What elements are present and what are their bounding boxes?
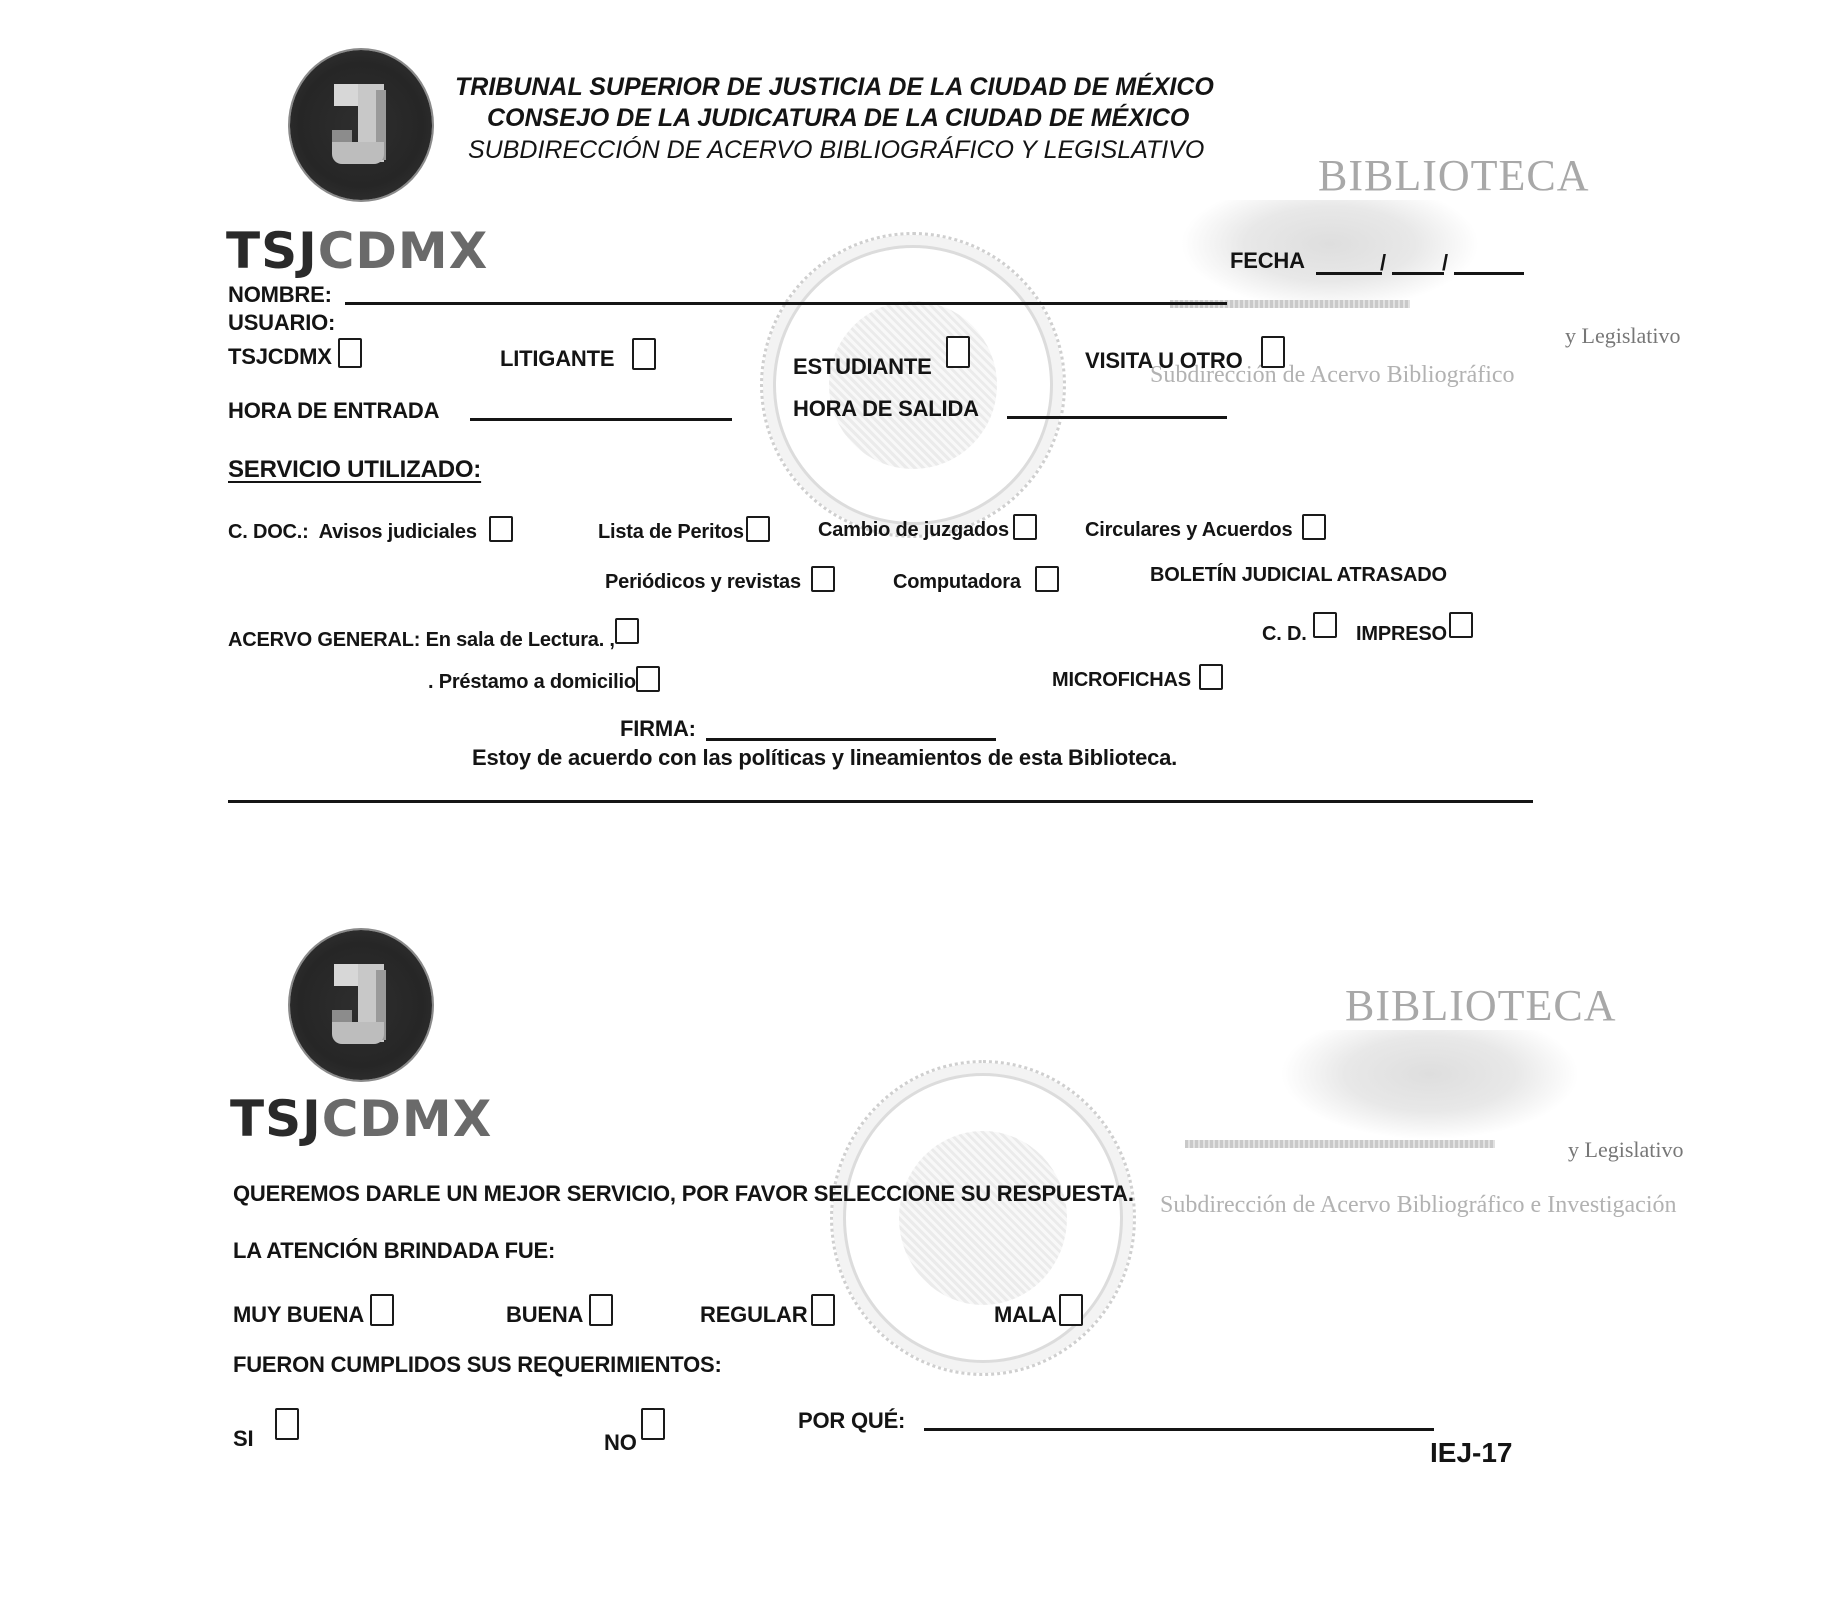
cdoc-option-label: Periódicos y revistas — [605, 571, 801, 593]
cdoc-option-computadora: Computadora — [893, 566, 1059, 594]
mala-checkbox[interactable] — [1059, 1294, 1083, 1326]
rating-regular: REGULAR — [700, 1294, 835, 1328]
nombre-label: NOMBRE: — [228, 282, 332, 308]
nombre-field[interactable] — [345, 302, 1227, 305]
rating-label: REGULAR — [700, 1302, 807, 1327]
acervo-option-label: En sala de Lectura. , — [426, 629, 615, 651]
no-label: NO — [604, 1430, 637, 1455]
impreso-checkbox[interactable] — [1449, 612, 1473, 638]
circulares-acuerdos-checkbox[interactable] — [1302, 514, 1326, 540]
cdoc-row: C. DOC.: Avisos judiciales — [228, 516, 513, 544]
microfichas-checkbox[interactable] — [1199, 664, 1223, 690]
hora-salida-label: HORA DE SALIDA — [793, 396, 979, 422]
rating-label: BUENA — [506, 1302, 583, 1327]
cdoc-option-label: Avisos judiciales — [319, 521, 477, 543]
cdoc-option-cambio-juzgados: Cambio de juzgados — [818, 514, 1037, 542]
brand-part-cdmx: CDMX — [322, 1090, 493, 1148]
fecha-separator: / — [1380, 250, 1386, 276]
cdoc-option-lista-peritos: Lista de Peritos — [598, 516, 770, 544]
survey-intro: QUEREMOS DARLE UN MEJOR SERVICIO, POR FA… — [233, 1181, 1134, 1207]
user-type-label: ESTUDIANTE — [793, 354, 932, 379]
boletin-option-label: C. D. — [1262, 623, 1307, 645]
court-seal-icon — [760, 232, 1066, 538]
microfichas-label: MICROFICHAS — [1052, 669, 1191, 691]
cdoc-label: C. DOC.: — [228, 521, 309, 543]
fecha-day-field[interactable] — [1316, 272, 1382, 275]
eagle-emblem-icon — [1180, 200, 1480, 310]
answer-si: SI — [233, 1408, 299, 1452]
periodicos-revistas-checkbox[interactable] — [811, 566, 835, 592]
buena-checkbox[interactable] — [589, 1294, 613, 1326]
fecha-label: FECHA — [1230, 248, 1305, 274]
usuario-label: USUARIO: — [228, 310, 335, 336]
header-line-3: SUBDIRECCIÓN DE ACERVO BIBLIOGRÁFICO Y L… — [468, 136, 1204, 165]
sala-lectura-checkbox[interactable] — [615, 618, 639, 644]
fecha-year-field[interactable] — [1454, 272, 1524, 275]
rating-muy-buena: MUY BUENA — [233, 1294, 394, 1328]
brand-part-tsj: TSJ — [230, 1090, 322, 1148]
eagle-emblem-icon — [1280, 1030, 1580, 1140]
lista-peritos-checkbox[interactable] — [746, 516, 770, 542]
user-type-label: TSJCDMX — [228, 344, 332, 369]
brand-wordmark: TSJCDMX — [230, 1090, 492, 1148]
header-line-2: CONSEJO DE LA JUDICATURA DE LA CIUDAD DE… — [487, 104, 1189, 133]
boletin-option-cd: C. D. — [1262, 612, 1337, 646]
biblioteca-stamp-title: BIBLIOTECA — [1345, 980, 1617, 1031]
microfichas-option: MICROFICHAS — [1052, 664, 1223, 692]
court-seal-icon — [830, 1060, 1136, 1376]
cambio-juzgados-checkbox[interactable] — [1013, 514, 1037, 540]
stamp-side-text: y Legislativo — [1565, 323, 1680, 349]
hora-salida-field[interactable] — [1007, 416, 1227, 419]
user-type-tsjcdmx: TSJCDMX — [228, 338, 362, 370]
hora-entrada-field[interactable] — [470, 418, 732, 421]
rating-mala: MALA — [994, 1294, 1083, 1328]
stamp-sub-text: Subdirección de Acervo Bibliográfico e I… — [1160, 1192, 1677, 1219]
cdoc-option-label: Cambio de juzgados — [818, 519, 1009, 541]
prestamo-domicilio-checkbox[interactable] — [636, 666, 660, 692]
boletin-option-impreso: IMPRESO — [1356, 612, 1473, 646]
servicio-title: SERVICIO UTILIZADO: — [228, 456, 481, 484]
cdoc-option-label: Computadora — [893, 571, 1021, 593]
stamp-base-decoration — [1185, 1140, 1495, 1148]
tsjcdmx-checkbox[interactable] — [338, 338, 362, 368]
brand-wordmark: TSJCDMX — [226, 222, 488, 280]
rating-label: MALA — [994, 1302, 1057, 1327]
user-type-estudiante: ESTUDIANTE — [793, 336, 970, 380]
porque-label: POR QUÉ: — [798, 1408, 905, 1434]
acervo-option-prestamo: . Préstamo a domicilio — [428, 666, 660, 694]
cdoc-option-periodicos: Periódicos y revistas — [605, 566, 835, 594]
tsjcdmx-logo-icon — [290, 50, 432, 200]
cd-checkbox[interactable] — [1313, 612, 1337, 638]
hora-entrada-label: HORA DE ENTRADA — [228, 398, 439, 424]
rating-label: MUY BUENA — [233, 1302, 364, 1327]
acervo-label: ACERVO GENERAL: — [228, 629, 420, 651]
no-checkbox[interactable] — [641, 1408, 665, 1440]
computadora-checkbox[interactable] — [1035, 566, 1059, 592]
estudiante-checkbox[interactable] — [946, 336, 970, 368]
user-type-litigante: LITIGANTE — [500, 338, 656, 372]
acervo-option-label: . Préstamo a domicilio — [428, 671, 636, 693]
avisos-judiciales-checkbox[interactable] — [489, 516, 513, 542]
porque-field[interactable] — [924, 1428, 1434, 1431]
agreement-text: Estoy de acuerdo con las políticas y lin… — [472, 745, 1177, 771]
stamp-side-text: y Legislativo — [1568, 1137, 1683, 1163]
fecha-separator: / — [1442, 250, 1448, 276]
brand-part-cdmx: CDMX — [318, 222, 489, 280]
header-line-1: TRIBUNAL SUPERIOR DE JUSTICIA DE LA CIUD… — [455, 73, 1214, 102]
user-type-label: LITIGANTE — [500, 346, 614, 371]
acervo-row: ACERVO GENERAL: En sala de Lectura. , — [228, 618, 639, 652]
firma-label: FIRMA: — [620, 716, 696, 742]
tsjcdmx-logo-icon — [290, 930, 432, 1080]
user-type-visita: VISITA U OTRO — [1085, 336, 1285, 374]
cdoc-option-circulares: Circulares y Acuerdos — [1085, 514, 1326, 542]
boletin-label: BOLETÍN JUDICIAL ATRASADO — [1150, 564, 1447, 587]
si-checkbox[interactable] — [275, 1408, 299, 1440]
answer-no: NO — [604, 1408, 665, 1456]
biblioteca-stamp-title: BIBLIOTECA — [1318, 150, 1590, 201]
cdoc-option-label: Lista de Peritos — [598, 521, 744, 543]
requerimientos-label: FUERON CUMPLIDOS SUS REQUERIMIENTOS: — [233, 1352, 722, 1378]
form-code: IEJ-17 — [1430, 1437, 1513, 1469]
fecha-month-field[interactable] — [1392, 272, 1444, 275]
atencion-label: LA ATENCIÓN BRINDADA FUE: — [233, 1238, 555, 1264]
si-label: SI — [233, 1426, 253, 1451]
brand-part-tsj: TSJ — [226, 222, 318, 280]
boletin-option-label: IMPRESO — [1356, 623, 1447, 645]
form-divider — [228, 800, 1533, 803]
rating-buena: BUENA — [506, 1294, 613, 1328]
user-type-label: VISITA U OTRO — [1085, 348, 1243, 373]
visita-checkbox[interactable] — [1261, 336, 1285, 368]
litigante-checkbox[interactable] — [632, 338, 656, 370]
cdoc-option-label: Circulares y Acuerdos — [1085, 519, 1292, 541]
muy-buena-checkbox[interactable] — [370, 1294, 394, 1326]
regular-checkbox[interactable] — [811, 1294, 835, 1326]
firma-field[interactable] — [706, 738, 996, 741]
